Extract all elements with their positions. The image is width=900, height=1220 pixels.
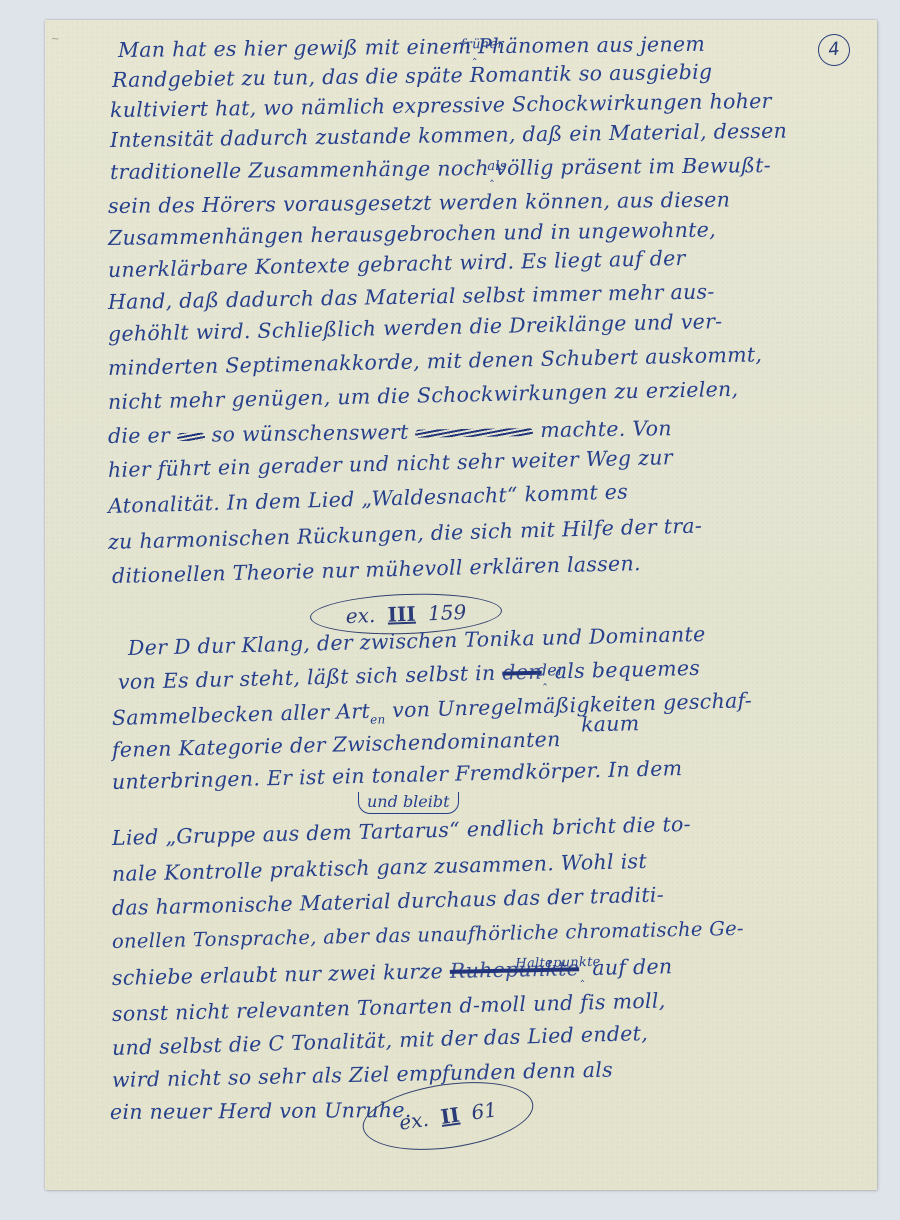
line-text: völlig präsent im Bewußt- — [495, 153, 771, 180]
insertion-text: en — [370, 712, 386, 726]
example-prefix: ex. — [345, 603, 375, 628]
example-number: 61 — [470, 1097, 499, 1124]
line-text: so wünschenswert — [212, 420, 409, 447]
insertion-text: Haltepunkte — [515, 955, 601, 972]
example-volume: II — [439, 1103, 461, 1129]
insertion-text: kaum — [581, 711, 640, 736]
insertion-text: als — [487, 159, 507, 174]
line-text: die er — [108, 423, 170, 448]
insertion-text: der — [536, 660, 565, 680]
page-number: 4 — [816, 32, 851, 67]
example-prefix: ex. — [398, 1107, 431, 1135]
line-text: machte. Von — [540, 416, 672, 442]
insertion-caret: ‸ — [580, 968, 585, 982]
example-volume: III — [387, 602, 416, 627]
line-text: auf den — [592, 954, 673, 980]
edge-mark: ~ — [51, 34, 59, 45]
line-text: traditionelle Zusammenhänge noch — [110, 156, 489, 184]
struck-word — [177, 432, 205, 440]
struck-word — [415, 428, 533, 438]
insertion-note: und bleibt — [358, 792, 459, 814]
line-text: Man hat es hier gewiß mit einem — [118, 34, 472, 62]
insertion-text: früher — [460, 37, 504, 52]
example-number: 159 — [428, 600, 467, 625]
line-text: Phänomen aus jenem — [478, 32, 705, 58]
line-text: als bequemes — [555, 656, 701, 684]
